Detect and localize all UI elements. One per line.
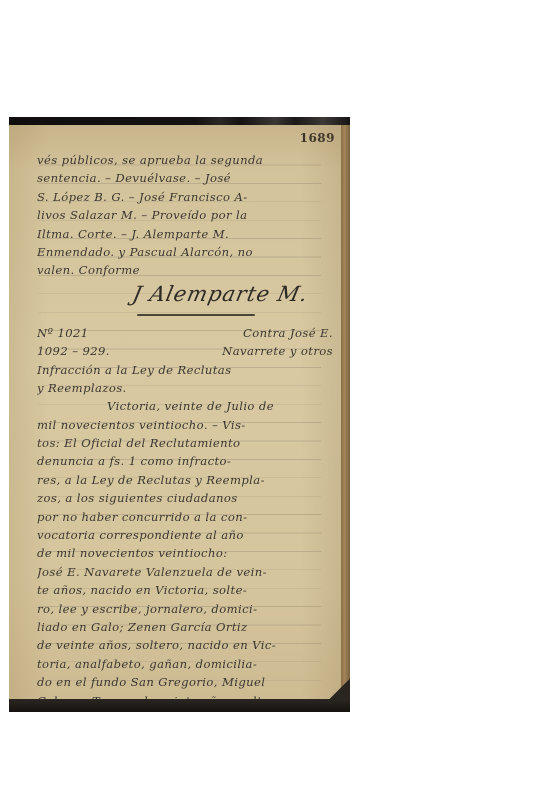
text-line: S. López B. G. – José Francisco A- [37, 188, 333, 206]
subject-line: y Reemplazos. [37, 379, 333, 397]
page-edge [341, 125, 350, 699]
text-line: vés públicos, se aprueba la segunda [37, 151, 333, 169]
body-line: de veinte años, soltero, nacido en Vic- [37, 636, 333, 654]
bottom-dark-border [9, 699, 350, 712]
section-1: vés públicos, se aprueba la segunda sent… [37, 151, 333, 320]
section-2: Nº 1021 Contra José E. 1092 – 929. Navar… [37, 324, 333, 710]
against-line-1: Contra José E. [243, 324, 333, 342]
text-line: Enmendado. y Pascual Alarcón, no [37, 243, 333, 261]
body-line: tos: El Oficial del Reclutamiento [37, 434, 333, 452]
signature-underline [137, 314, 255, 316]
body-line: por no haber concurrido a la con- [37, 508, 333, 526]
signature-block: J Alemparte M. [37, 280, 333, 320]
body-line: do en el fundo San Gregorio, Miguel [37, 673, 333, 691]
body-line: te años, nacido en Victoria, solte- [37, 581, 333, 599]
text-line: valen. Conforme [37, 261, 333, 279]
subject-line: Infracción a la Ley de Reclutas [37, 361, 333, 379]
body-line: res, a la Ley de Reclutas y Reempla- [37, 471, 333, 489]
body-line: denuncia a fs. 1 como infracto- [37, 452, 333, 470]
case-ref: 1092 – 929. [37, 342, 110, 360]
handwritten-text: vés públicos, se aprueba la segunda sent… [37, 151, 333, 710]
against-line-2: Navarrete y otros [222, 342, 333, 360]
body-line: José E. Navarete Valenzuela de vein- [37, 563, 333, 581]
body-line: ro, lee y escribe, jornalero, domici- [37, 600, 333, 618]
page-number: 1689 [300, 131, 335, 145]
text-line: sentencia. – Devuélvase. – José [37, 169, 333, 187]
body-line: vocatoria correspondiente al año [37, 526, 333, 544]
case-number: Nº 1021 [37, 324, 89, 342]
body-line: de mil novecientos veintiocho: [37, 544, 333, 562]
case-header-line: Nº 1021 Contra José E. [37, 324, 333, 342]
body-line: toria, analfabeto, gañan, domicilia- [37, 655, 333, 673]
ledger-page: 1689 vés públicos, se aprueba la segunda… [9, 125, 341, 699]
document-photo: 1689 vés públicos, se aprueba la segunda… [9, 117, 350, 712]
text-line: Iltma. Corte. – J. Alemparte M. [37, 225, 333, 243]
body-line: liado en Galo; Zenen García Ortiz [37, 618, 333, 636]
case-ref-line: 1092 – 929. Navarrete y otros [37, 342, 333, 360]
body-line: Victoria, veinte de Julio de [37, 397, 333, 415]
body-line: mil novecientos veintiocho. – Vis- [37, 416, 333, 434]
signature: J Alemparte M. [130, 282, 310, 306]
text-line: livos Salazar M. – Proveído por la [37, 206, 333, 224]
body-line: zos, a los siguientes ciudadanos [37, 489, 333, 507]
